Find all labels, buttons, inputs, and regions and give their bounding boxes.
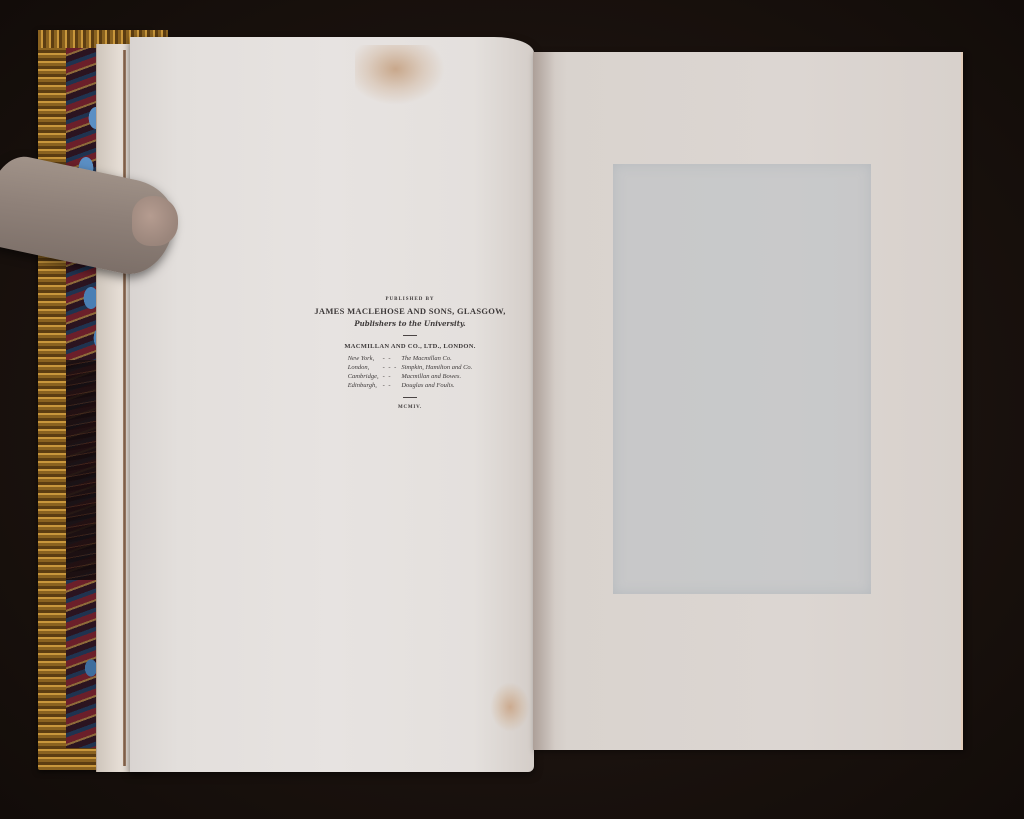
photo-scene: PUBLISHED BY JAMES MACLEHOSE AND SONS, G… [0, 0, 1024, 819]
divider-rule [403, 397, 417, 398]
divider-rule [403, 335, 417, 336]
agent-row: Edinburgh, - - Douglas and Foulis. [346, 381, 475, 390]
agent-name: Macmillan and Bowes. [399, 372, 474, 381]
co-publisher: MACMILLAN AND CO., LTD., LONDON. [300, 343, 520, 350]
publisher-subtitle: Publishers to the University. [300, 319, 520, 328]
left-page: PUBLISHED BY JAMES MACLEHOSE AND SONS, G… [130, 37, 534, 772]
publisher-imprint: PUBLISHED BY JAMES MACLEHOSE AND SONS, G… [300, 297, 520, 410]
agent-dots: - - [381, 381, 400, 390]
agent-row: Cambridge, - - Macmillan and Bowes. [346, 372, 475, 381]
agent-name: Simpkin, Hamilton and Co. [399, 363, 474, 372]
fingertip [132, 196, 178, 246]
tissue-guard-panel [613, 164, 871, 594]
foxing-stain-bottom [490, 682, 530, 732]
agent-row: New York, - - The Macmillan Co. [346, 354, 475, 363]
right-page [533, 52, 963, 750]
agent-city: New York, [346, 354, 381, 363]
published-by-label: PUBLISHED BY [300, 297, 520, 302]
agent-dots: - - [381, 354, 400, 363]
agents-list: New York, - - The Macmillan Co. London, … [346, 354, 475, 390]
foxing-stain-top [355, 45, 445, 105]
agent-name: Douglas and Foulis. [399, 381, 474, 390]
agent-city: Edinburgh, [346, 381, 381, 390]
agent-name: The Macmillan Co. [399, 354, 474, 363]
agent-dots: - - [381, 372, 400, 381]
agent-row: London, - - - Simpkin, Hamilton and Co. [346, 363, 475, 372]
publication-year: MCMIV. [300, 405, 520, 410]
agent-city: Cambridge, [346, 372, 381, 381]
gutter-shadow [533, 52, 555, 750]
agent-city: London, [346, 363, 381, 372]
agent-dots: - - - [381, 363, 400, 372]
publisher-name: JAMES MACLEHOSE AND SONS, GLASGOW, [300, 306, 520, 316]
